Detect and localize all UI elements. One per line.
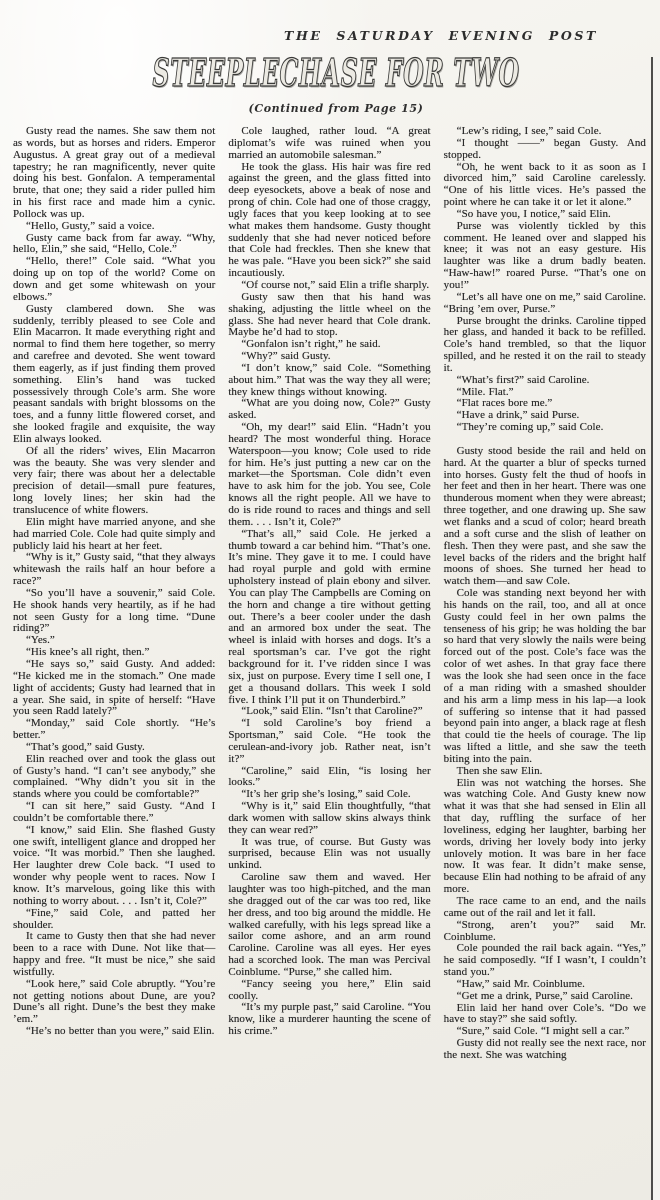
story-paragraph: “It’s my purple past,” said Caroline. “Y… <box>228 1002 430 1038</box>
story-paragraph: “Get me a drink, Purse,” said Caroline. <box>444 991 646 1003</box>
page-edge-rule <box>651 57 653 1200</box>
story-paragraph: “Fine,” said Cole, and patted her should… <box>13 908 215 932</box>
story-paragraph: Caroline saw them and waved. Her laughte… <box>228 872 430 979</box>
story-paragraph: Elin laid her hand over Cole’s. “Do we h… <box>444 1003 646 1027</box>
story-paragraph: “I know,” said Elin. She flashed Gusty o… <box>13 825 215 908</box>
story-paragraph: “Caroline,” said Elin, “is losing her lo… <box>228 766 430 790</box>
story-paragraph: “Oh, he went back to it as soon as I div… <box>444 162 646 209</box>
story-paragraph: “He says so,” said Gusty. And added: “He… <box>13 659 215 718</box>
story-paragraph: “Why is it,” said Elin thoughtfully, “th… <box>228 801 430 837</box>
story-paragraph: Gusty read the names. She saw them not a… <box>13 126 215 221</box>
story-paragraph: Of all the riders’ wives, Elin Macarron … <box>13 446 215 517</box>
story-paragraph: He took the glass. His hair was fire red… <box>228 162 430 280</box>
story-paragraph: “What’s first?” said Caroline. <box>444 375 646 387</box>
story-paragraph: Gusty did not really see the next race, … <box>444 1038 646 1062</box>
story-text-block: Gusty read the names. She saw them not a… <box>13 126 646 1062</box>
story-paragraph: Elin reached over and took the glass out… <box>13 754 215 801</box>
story-paragraph: “I thought ——” began Gusty. And stopped. <box>444 138 646 162</box>
story-paragraph: “Haw,” said Mr. Coinblume. <box>444 979 646 991</box>
story-paragraph: “Let’s all have one on me,” said Carolin… <box>444 292 646 316</box>
story-paragraph: “So have you, I notice,” said Elin. <box>444 209 646 221</box>
story-paragraph: Elin might have married anyone, and she … <box>13 517 215 553</box>
story-paragraph: Cole laughed, rather loud. “A great dipl… <box>228 126 430 162</box>
continued-from-note: (Continued from Page 15) <box>249 102 424 115</box>
story-paragraph: Gusty saw then that his hand was shaking… <box>228 292 430 339</box>
story-paragraph: Then she saw Elin. <box>444 766 646 778</box>
story-paragraph: “Monday,” said Cole shortly. “He’s bette… <box>13 718 215 742</box>
story-paragraph: “They’re coming up,” said Cole. <box>444 422 646 434</box>
text-column-right: “Lew’s riding, I see,” said Cole.“I thou… <box>444 126 646 1062</box>
story-paragraph: The race came to an end, and the nails c… <box>444 896 646 920</box>
adjacent-page-edge <box>653 57 660 1200</box>
story-paragraph: It came to Gusty then that she had never… <box>13 931 215 978</box>
story-paragraph: “Fancy seeing you here,” Elin said cooll… <box>228 979 430 1003</box>
story-paragraph: “Hello, there!” Cole said. “What you doi… <box>13 256 215 303</box>
magazine-page: THE SATURDAY EVENING POST STEEPLECHASE F… <box>0 0 660 1200</box>
story-paragraph: “Look here,” said Cole abruptly. “You’re… <box>13 979 215 1026</box>
magazine-masthead: THE SATURDAY EVENING POST <box>284 28 598 43</box>
story-paragraph: “Strong, aren’t you?” said Mr. Coinblume… <box>444 920 646 944</box>
story-paragraph: “He’s no better than you were,” said Eli… <box>13 1026 215 1038</box>
story-title-wrap: STEEPLECHASE FOR TWO <box>19 54 653 92</box>
story-paragraph: “I don’t know,” said Cole. “Something ab… <box>228 363 430 399</box>
story-title: STEEPLECHASE FOR TWO <box>152 54 519 92</box>
story-paragraph: Cole pounded the rail back again. “Yes,”… <box>444 943 646 979</box>
story-paragraph: Cole was standing next beyond her with h… <box>444 588 646 766</box>
story-paragraph: “I sold Caroline’s boy friend a Sportsma… <box>228 718 430 765</box>
story-paragraph: “Why is it,” Gusty said, “that they alwa… <box>13 552 215 588</box>
story-paragraph: “I can sit here,” said Gusty. “And I cou… <box>13 801 215 825</box>
story-paragraph: “So you’ll have a souvenir,” said Cole. … <box>13 588 215 635</box>
text-column-left: Gusty read the names. She saw them not a… <box>13 126 215 1038</box>
story-paragraph: Elin was not watching the horses. She wa… <box>444 778 646 896</box>
story-paragraph: “That’s all,” said Cole. He jerked a thu… <box>228 529 430 707</box>
story-paragraph: Purse was violently tickled by this comm… <box>444 221 646 292</box>
story-paragraph: “What are you doing now, Cole?” Gusty as… <box>228 398 430 422</box>
story-paragraph: Gusty stood beside the rail and held on … <box>444 446 646 588</box>
story-paragraph: Gusty came back from far away. “Why, hel… <box>13 233 215 257</box>
text-column-middle: Cole laughed, rather loud. “A great dipl… <box>228 126 430 1038</box>
story-paragraph: Purse brought the drinks. Caroline tippe… <box>444 316 646 375</box>
story-paragraph: It was true, of course. But Gusty was su… <box>228 837 430 873</box>
story-paragraph: Gusty clambered down. She was suddenly, … <box>13 304 215 446</box>
story-paragraph: “Hello, Gusty,” said a voice. <box>13 221 215 233</box>
continued-note-wrap: (Continued from Page 15) <box>19 99 653 117</box>
story-paragraph: “That’s good,” said Gusty. <box>13 742 215 754</box>
story-paragraph: “Oh, my dear!” said Elin. “Hadn’t you he… <box>228 422 430 529</box>
